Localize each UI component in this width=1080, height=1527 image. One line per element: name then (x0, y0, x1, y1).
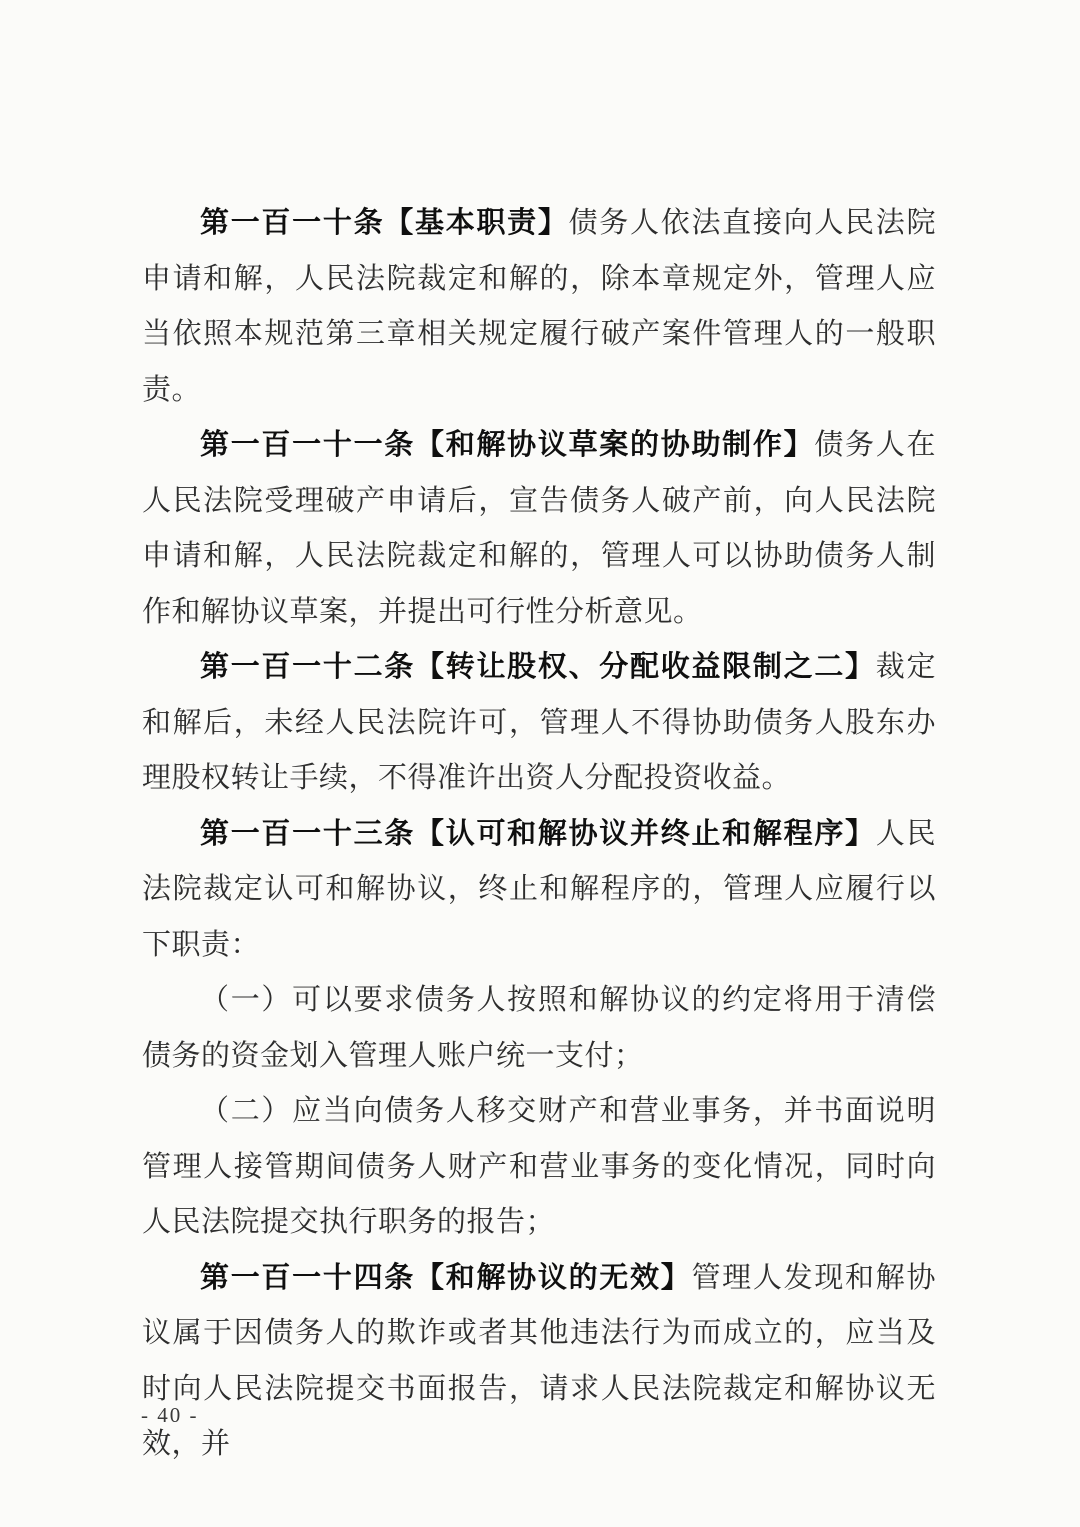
document-page: 第一百一十条【基本职责】债务人依法直接向人民法院申请和解，人民法院裁定和解的，除… (0, 0, 1080, 1527)
article-paragraph-114: 第一百一十四条【和解协议的无效】管理人发现和解协议属于因债务人的欺诈或者其他违法… (142, 1251, 936, 1473)
list-item-paragraph-2: （二）应当向债务人移交财产和营业事务，并书面说明管理人接管期间债务人财产和营业事… (142, 1084, 936, 1251)
footer-page-number: - 40 - (141, 1403, 199, 1428)
article-paragraph-111: 第一百一十一条【和解协议草案的协助制作】债务人在人民法院受理破产申请后，宣告债务… (142, 418, 936, 640)
article-heading-114: 第一百一十四条【和解协议的无效】 (200, 1262, 691, 1294)
article-heading-112: 第一百一十二条【转让股权、分配收益限制之二】 (200, 651, 876, 683)
article-paragraph-112: 第一百一十二条【转让股权、分配收益限制之二】裁定和解后，未经人民法院许可，管理人… (142, 640, 936, 807)
list-item-paragraph-1: （一）可以要求债务人按照和解协议的约定将用于清偿债务的资金划入管理人账户统一支付… (142, 973, 936, 1084)
list-item-text-1: （一）可以要求债务人按照和解协议的约定将用于清偿债务的资金划入管理人账户统一支付… (142, 984, 936, 1072)
article-heading-113: 第一百一十三条【认可和解协议并终止和解程序】 (200, 818, 876, 850)
article-heading-111: 第一百一十一条【和解协议草案的协助制作】 (200, 429, 814, 461)
document-body: 第一百一十条【基本职责】债务人依法直接向人民法院申请和解，人民法院裁定和解的，除… (142, 196, 936, 1473)
article-paragraph-113: 第一百一十三条【认可和解协议并终止和解程序】人民法院裁定认可和解协议，终止和解程… (142, 807, 936, 974)
list-item-text-2: （二）应当向债务人移交财产和营业事务，并书面说明管理人接管期间债务人财产和营业事… (142, 1095, 936, 1238)
article-heading-110: 第一百一十条【基本职责】 (200, 207, 569, 239)
article-paragraph-110: 第一百一十条【基本职责】债务人依法直接向人民法院申请和解，人民法院裁定和解的，除… (142, 196, 936, 418)
